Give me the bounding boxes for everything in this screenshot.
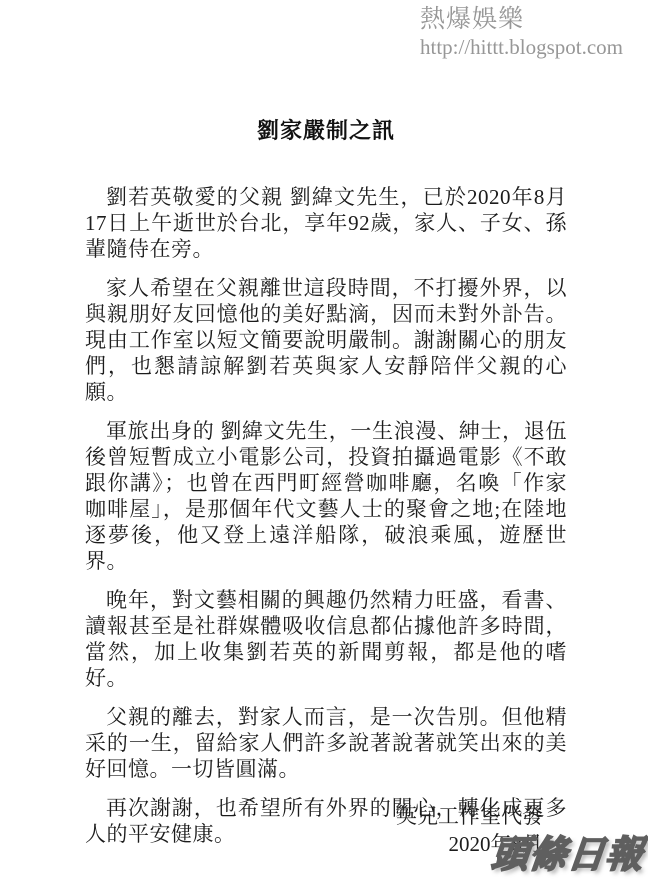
page-title: 劉家嚴制之訊 — [85, 114, 567, 145]
headline-daily-logo: 頭條日報 — [489, 824, 648, 880]
paragraph: 劉若英敬愛的父親 劉緯文先生，已於2020年8月17日上午逝世於台北，享年92歲… — [85, 184, 567, 262]
source-site-url: http://hittt.blogspot.com — [420, 35, 623, 59]
source-site-name: 熱爆娛樂 — [420, 6, 623, 35]
document-page: 熱爆娛樂 http://hittt.blogspot.com 劉家嚴制之訊 劉若… — [0, 0, 648, 880]
paragraph: 父親的離去，對家人而言，是一次告別。但他精采的一生，留給家人們許多說著說著就笑出… — [85, 704, 567, 782]
paragraph: 家人希望在父親離世這段時間，不打擾外界，以與親朋好友回憶他的美好點滴，因而未對外… — [85, 275, 567, 405]
document-body: 劉若英敬愛的父親 劉緯文先生，已於2020年8月17日上午逝世於台北，享年92歲… — [85, 184, 567, 860]
paragraph: 晚年，對文藝相關的興趣仍然精力旺盛，看書、讀報甚至是社群媒體吸收信息都佔據他許多… — [85, 587, 567, 691]
paragraph: 軍旅出身的 劉緯文先生，一生浪漫、紳士，退伍後曾短暫成立小電影公司，投資拍攝過電… — [85, 418, 567, 574]
source-watermark: 熱爆娛樂 http://hittt.blogspot.com — [420, 6, 623, 59]
